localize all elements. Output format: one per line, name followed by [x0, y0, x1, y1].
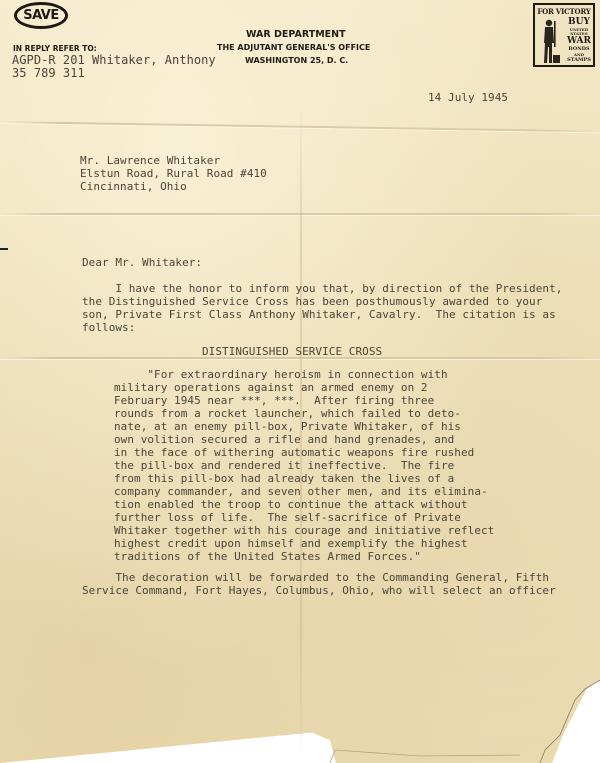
- save-logo-text: SAVE: [23, 8, 58, 23]
- citation-line: "For extraordinary heroism in connection…: [114, 368, 448, 381]
- stamp-stamps: STAMPS: [564, 58, 594, 63]
- paragraph-line: Service Command, Fort Hayes, Columbus, O…: [82, 584, 556, 597]
- letterhead-address: WASHINGTON 25, D. C.: [245, 56, 348, 65]
- citation-line: in the face of withering automatic weapo…: [114, 446, 474, 459]
- letterhead-office: THE ADJUTANT GENERAL'S OFFICE: [217, 43, 370, 52]
- margin-mark: [0, 248, 8, 250]
- stamp-words: BUY UNITED STATES WAR BONDS AND STAMPS: [564, 18, 594, 64]
- paragraph-line: The decoration will be forwarded to the …: [82, 571, 549, 584]
- paragraph-line: I have the honor to inform you that, by …: [82, 282, 562, 295]
- stamp-top-text: FOR VICTORY: [535, 7, 593, 16]
- stamp-buy: BUY: [564, 18, 594, 27]
- letterhead-department: WAR DEPARTMENT: [246, 29, 346, 40]
- citation-line: further loss of life. The self-sacrifice…: [114, 511, 461, 524]
- salutation: Dear Mr. Whitaker:: [82, 256, 202, 269]
- save-logo: SAVE: [14, 2, 68, 29]
- paragraph-line: son, Private First Class Anthony Whitake…: [82, 308, 556, 321]
- citation-line: military operations against an armed ene…: [114, 381, 428, 394]
- citation-line: Whitaker together with his courage and i…: [114, 524, 494, 537]
- recipient-name: Mr. Lawrence Whitaker: [80, 154, 220, 167]
- recipient-street: Elstun Road, Rural Road #410: [80, 167, 267, 180]
- citation-line: tion enabled the troop to continue the a…: [114, 498, 468, 511]
- reference-label: IN REPLY REFER TO:: [13, 44, 97, 53]
- stamp-united-states: UNITED STATES: [564, 28, 594, 36]
- citation-line: February 1945 near ***, ***. After firin…: [114, 394, 434, 407]
- citation-line: from this pill-box had already taken the…: [114, 472, 454, 485]
- soldier-icon: [539, 17, 561, 65]
- citation-title: DISTINGUISHED SERVICE CROSS: [202, 345, 382, 358]
- citation-line: nate, at an enemy pill-box, Private Whit…: [114, 420, 461, 433]
- paragraph-line: follows:: [82, 321, 135, 334]
- paragraph-line: the Distinguished Service Cross has been…: [82, 295, 542, 308]
- citation-line: the pill-box and rendered it ineffective…: [114, 459, 454, 472]
- war-bonds-stamp: FOR VICTORY BUY UNITED STATES WAR BONDS …: [533, 3, 595, 67]
- stamp-war: WAR: [564, 37, 594, 46]
- citation-line: highest credit upon himself and exemplif…: [114, 537, 468, 550]
- recipient-city: Cincinnati, Ohio: [80, 180, 187, 193]
- reference-line-2: 35 789 311: [12, 66, 85, 81]
- citation-line: own volition secured a rifle and hand gr…: [114, 433, 454, 446]
- citation-line: company commander, and seven other men, …: [114, 485, 488, 498]
- letter-date: 14 July 1945: [428, 91, 508, 104]
- citation-line: traditions of the United States Armed Fo…: [114, 550, 421, 563]
- citation-line: rounds from a rocket launcher, which fai…: [114, 407, 461, 420]
